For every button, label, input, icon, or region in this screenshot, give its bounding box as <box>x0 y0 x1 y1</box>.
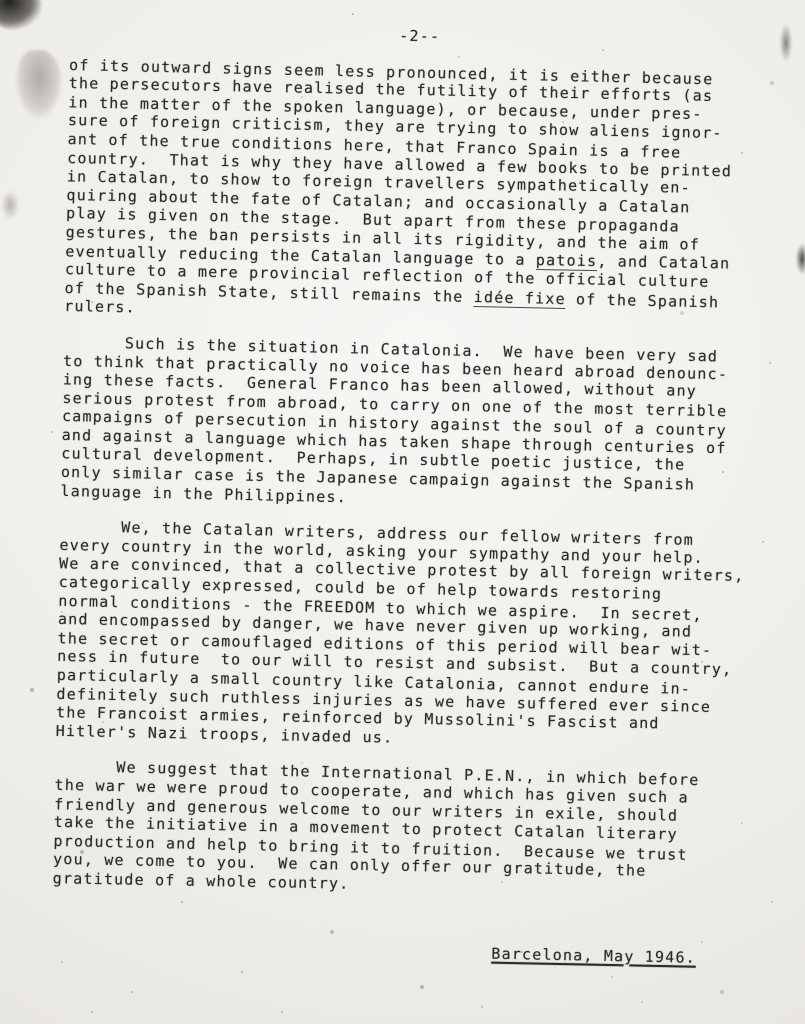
paragraph: of its outward signs seem less pronounce… <box>64 56 769 330</box>
underlined-term: idée fixe <box>474 288 566 309</box>
ink-smudge-corner <box>0 0 42 30</box>
ink-speck-right-edge <box>796 244 805 274</box>
ink-speck-right-top <box>780 24 792 62</box>
paragraph: Such is the situation in Catalonia. We h… <box>60 333 763 514</box>
dateline: Barcelona, May 1946. <box>491 944 751 968</box>
ink-speck-left <box>1 190 19 220</box>
paragraph: We, the Catalan writers, address our fel… <box>56 517 760 754</box>
scan-speckle <box>0 0 2 2</box>
letter-body: of its outward signs seem less pronounce… <box>53 56 770 902</box>
paragraph: We suggest that the International P.E.N.… <box>53 757 755 901</box>
scanned-letter-page: -2-- of its outward signs seem less pron… <box>0 0 805 1024</box>
typewritten-text: -2-- of its outward signs seem less pron… <box>51 20 770 968</box>
page-number: -2-- <box>70 20 770 53</box>
underlined-term: patois <box>536 251 598 271</box>
ink-smudge-left <box>16 50 62 118</box>
